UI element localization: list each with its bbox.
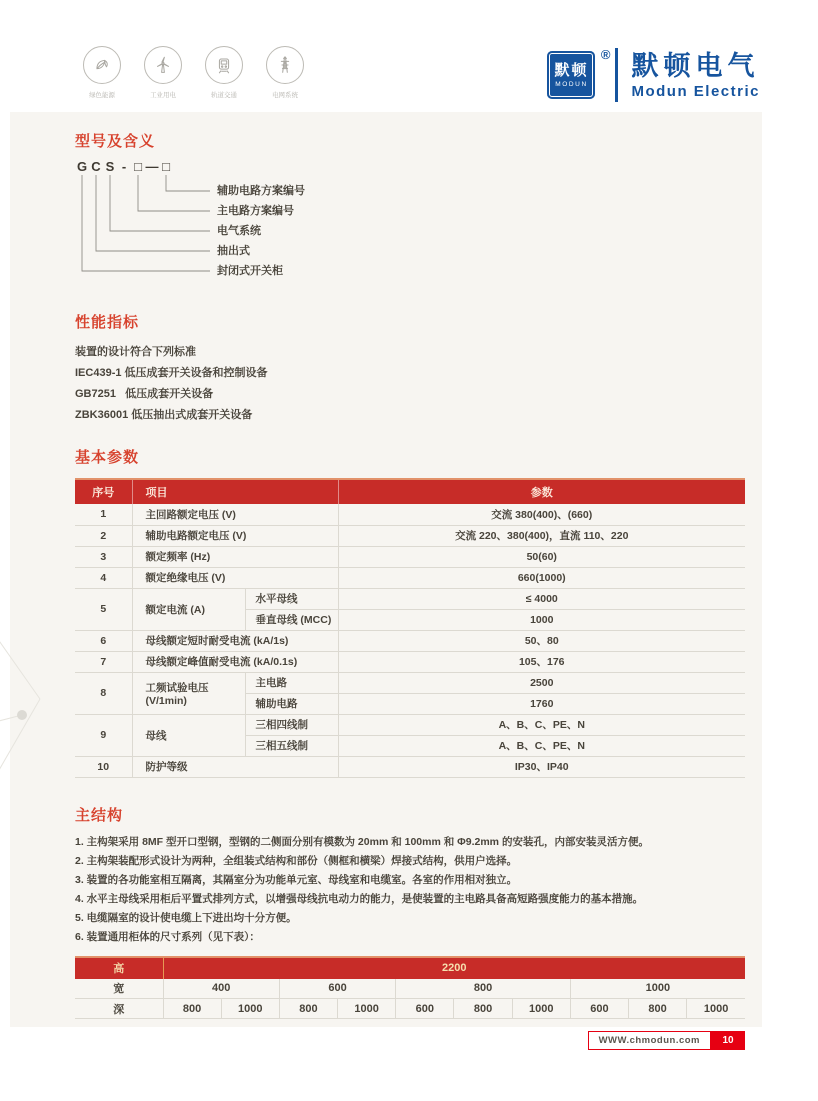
cell-no: 4 <box>75 567 132 588</box>
cell-item: 额定电流 (A) <box>132 588 245 630</box>
dim-height-value: 2200 <box>163 957 745 979</box>
leaf-icon-circle <box>83 46 121 84</box>
feature-icons: 绿色能源 工业用电 <box>78 46 309 100</box>
logo-seal-cn: 默顿 <box>554 62 588 79</box>
cell-no: 6 <box>75 630 132 651</box>
cell-sub: 辅助电路 <box>245 693 338 714</box>
structure-item: 6. 装置通用柜体的尺寸系列（见下表）： <box>75 928 762 947</box>
code-meaning: 电气系统 <box>217 224 305 244</box>
cell-item: 辅助电路额定电压 (V) <box>132 525 338 546</box>
params-row: 7母线额定峰值耐受电流 (kA/0.1s)105、176 <box>75 651 745 672</box>
dim-depth-value: 1000 <box>687 999 745 1019</box>
brand-logo: 默顿 MODUN ® 默顿电气 Modun Electric <box>547 48 760 102</box>
column-header-item: 项目 <box>132 479 338 504</box>
cell-no: 10 <box>75 756 132 777</box>
leaf-icon <box>91 54 113 76</box>
structure-item: 5. 电缆隔室的设计使电缆上下进出均十分方便。 <box>75 909 762 928</box>
structure-item: 2. 主构架装配形式设计为两种，全组装式结构和部份（侧框和横梁）焊接式结构，供用… <box>75 852 762 871</box>
brand-name-cn: 默顿电气 <box>631 51 760 81</box>
params-section-title: 基本参数 <box>75 446 762 467</box>
cell-value: 660(1000) <box>338 567 745 588</box>
dim-label-depth: 深 <box>75 999 163 1019</box>
structure-section: 主结构 1. 主构架采用 8MF 型开口型钢，型钢的二侧面分别有模数为 20mm… <box>75 804 762 1020</box>
feature-label: 工业用电 <box>150 90 176 99</box>
website-box: WWW.chmodun.com <box>588 1031 711 1050</box>
params-table-body: 1主回路额定电压 (V)交流 380(400)、(660)2辅助电路额定电压 (… <box>75 504 745 777</box>
performance-section-title: 性能指标 <box>75 311 762 332</box>
cell-value: IP30、IP40 <box>338 756 745 777</box>
structure-item: 3. 装置的各功能室相互隔离，其隔室分为功能单元室、母线室和电缆室。各室的作用相… <box>75 871 762 890</box>
code-connector-lines <box>75 175 215 297</box>
dimension-height-row: 高 2200 <box>75 957 745 979</box>
cell-value: ≤ 4000 <box>338 588 745 609</box>
params-row: 3额定频率 (Hz)50(60) <box>75 546 745 567</box>
feature-label: 轨道交通 <box>211 90 237 99</box>
logo-divider <box>615 48 618 102</box>
code-meaning: 抽出式 <box>217 244 305 264</box>
cell-value: 交流 380(400)、(660) <box>338 504 745 525</box>
code-char: G <box>75 159 89 174</box>
dim-depth-value: 800 <box>454 999 512 1019</box>
dim-width-value: 800 <box>396 979 571 999</box>
params-row: 8工频试验电压 (V/1min)主电路2500 <box>75 672 745 693</box>
code-char: C <box>89 159 103 174</box>
cell-value: 50、80 <box>338 630 745 651</box>
cell-item: 额定绝缘电压 (V) <box>132 567 338 588</box>
network-watermark <box>0 627 50 787</box>
cell-value: 1760 <box>338 693 745 714</box>
page-footer: WWW.chmodun.com 10 <box>0 1031 818 1050</box>
cell-item: 防护等级 <box>132 756 338 777</box>
cell-value: A、B、C、PE、N <box>338 714 745 735</box>
cell-item: 母线 <box>132 714 245 756</box>
standard-item: IEC439-1 低压成套开关设备和控制设备 <box>75 363 762 384</box>
cell-no: 7 <box>75 651 132 672</box>
dim-depth-value: 1000 <box>221 999 279 1019</box>
cell-value: 2500 <box>338 672 745 693</box>
code-char: - <box>117 159 131 174</box>
cell-sub: 垂直母线 (MCC) <box>245 609 338 630</box>
performance-section: 性能指标 装置的设计符合下列标准 IEC439-1 低压成套开关设备和控制设备 … <box>75 311 762 426</box>
params-row: 1主回路额定电压 (V)交流 380(400)、(660) <box>75 504 745 525</box>
dim-depth-value: 600 <box>396 999 454 1019</box>
cell-no: 3 <box>75 546 132 567</box>
code-meaning: 主电路方案编号 <box>217 204 305 224</box>
column-header-value: 参数 <box>338 479 745 504</box>
cell-no: 1 <box>75 504 132 525</box>
page-header: 绿色能源 工业用电 <box>0 0 818 112</box>
params-section: 基本参数 序号 项目 参数 1主回路额定电压 (V)交流 380(400)、(6… <box>75 446 762 778</box>
dim-width-value: 400 <box>163 979 279 999</box>
structure-section-title: 主结构 <box>75 804 762 825</box>
params-row: 5额定电流 (A)水平母线≤ 4000 <box>75 588 745 609</box>
wind-turbine-icon-circle <box>144 46 182 84</box>
standard-item: GB7251 低压成套开关设备 <box>75 384 762 405</box>
feature-industrial-power: 工业用电 <box>139 46 187 100</box>
code-meaning-labels: 辅助电路方案编号 主电路方案编号 电气系统 抽出式 封闭式开关柜 <box>217 184 305 284</box>
code-meaning: 辅助电路方案编号 <box>217 184 305 204</box>
wind-turbine-icon <box>152 54 174 76</box>
params-row: 6母线额定短时耐受电流 (kA/1s)50、80 <box>75 630 745 651</box>
logo-seal-en: MODUN <box>555 81 588 88</box>
train-icon-circle <box>205 46 243 84</box>
params-row: 4额定绝缘电压 (V)660(1000) <box>75 567 745 588</box>
page-number-badge: 10 <box>711 1031 745 1050</box>
structure-item: 1. 主构架采用 8MF 型开口型钢，型钢的二侧面分别有模数为 20mm 和 1… <box>75 833 762 852</box>
cell-sub: 水平母线 <box>245 588 338 609</box>
dim-depth-value: 800 <box>629 999 687 1019</box>
power-tower-icon-circle <box>266 46 304 84</box>
dim-width-value: 600 <box>279 979 395 999</box>
code-char: S <box>103 159 117 174</box>
params-row: 10防护等级IP30、IP40 <box>75 756 745 777</box>
model-code: G C S - □ — □ <box>75 159 762 174</box>
cell-item: 工频试验电压 (V/1min) <box>132 672 245 714</box>
dim-depth-value: 1000 <box>338 999 396 1019</box>
code-meaning: 封闭式开关柜 <box>217 264 305 284</box>
dim-depth-value: 600 <box>570 999 628 1019</box>
params-row: 9母线三相四线制A、B、C、PE、N <box>75 714 745 735</box>
cell-item: 主回路额定电压 (V) <box>132 504 338 525</box>
cell-value: 50(60) <box>338 546 745 567</box>
logo-seal: 默顿 MODUN <box>547 51 595 99</box>
performance-intro: 装置的设计符合下列标准 <box>75 342 762 363</box>
model-section: 型号及含义 G C S - □ — □ <box>75 130 762 291</box>
cell-no: 2 <box>75 525 132 546</box>
cell-sub: 三相四线制 <box>245 714 338 735</box>
content-panel: 型号及含义 G C S - □ — □ <box>10 112 762 1027</box>
feature-power-grid: 电网系统 <box>261 46 309 100</box>
feature-rail-transit: 轨道交通 <box>200 46 248 100</box>
model-code-diagram: G C S - □ — □ 辅助电路方案编号 主电路方案编 <box>75 159 762 291</box>
dimension-width-row: 宽 400 600 800 1000 <box>75 979 745 999</box>
feature-label: 电网系统 <box>272 90 298 99</box>
params-table: 序号 项目 参数 1主回路额定电压 (V)交流 380(400)、(660)2辅… <box>75 478 745 778</box>
code-char: □ <box>131 159 145 174</box>
catalog-page: 绿色能源 工业用电 <box>0 0 818 1050</box>
code-char: — <box>145 159 159 174</box>
cell-item: 母线额定短时耐受电流 (kA/1s) <box>132 630 338 651</box>
cell-value: 105、176 <box>338 651 745 672</box>
cell-no: 8 <box>75 672 132 714</box>
standard-item: ZBK36001 低压抽出式成套开关设备 <box>75 405 762 426</box>
cell-item: 母线额定峰值耐受电流 (kA/0.1s) <box>132 651 338 672</box>
structure-item: 4. 水平主母线采用柜后平置式排列方式，以增强母线抗电动力的能力，是使装置的主电… <box>75 890 762 909</box>
dim-depth-value: 1000 <box>512 999 570 1019</box>
params-header-row: 序号 项目 参数 <box>75 479 745 504</box>
cell-value: 交流 220、380(400)，直流 110、220 <box>338 525 745 546</box>
dimension-depth-row: 深 800 1000 800 1000 600 800 1000 600 800… <box>75 999 745 1019</box>
dim-depth-value: 800 <box>279 999 337 1019</box>
cell-item: 额定频率 (Hz) <box>132 546 338 567</box>
registered-trademark-icon: ® <box>601 47 611 62</box>
dim-label-width: 宽 <box>75 979 163 999</box>
cell-sub: 主电路 <box>245 672 338 693</box>
feature-green-energy: 绿色能源 <box>78 46 126 100</box>
brand-wordmark: 默顿电气 Modun Electric <box>631 51 760 100</box>
dim-width-value: 1000 <box>570 979 745 999</box>
train-icon <box>213 54 235 76</box>
brand-name-en: Modun Electric <box>631 83 760 100</box>
cell-value: 1000 <box>338 609 745 630</box>
dimension-table: 高 2200 宽 400 600 800 1000 深 800 1000 800… <box>75 956 745 1020</box>
power-tower-icon <box>274 54 296 76</box>
column-header-no: 序号 <box>75 479 132 504</box>
cell-sub: 三相五线制 <box>245 735 338 756</box>
params-row: 2辅助电路额定电压 (V)交流 220、380(400)，直流 110、220 <box>75 525 745 546</box>
dim-label-height: 高 <box>75 957 163 979</box>
cell-no: 9 <box>75 714 132 756</box>
dim-depth-value: 800 <box>163 999 221 1019</box>
code-char: □ <box>159 159 173 174</box>
feature-label: 绿色能源 <box>89 90 115 99</box>
cell-no: 5 <box>75 588 132 630</box>
logo-seal-wrap: 默顿 MODUN ® <box>547 51 595 99</box>
model-section-title: 型号及含义 <box>75 130 762 151</box>
cell-value: A、B、C、PE、N <box>338 735 745 756</box>
